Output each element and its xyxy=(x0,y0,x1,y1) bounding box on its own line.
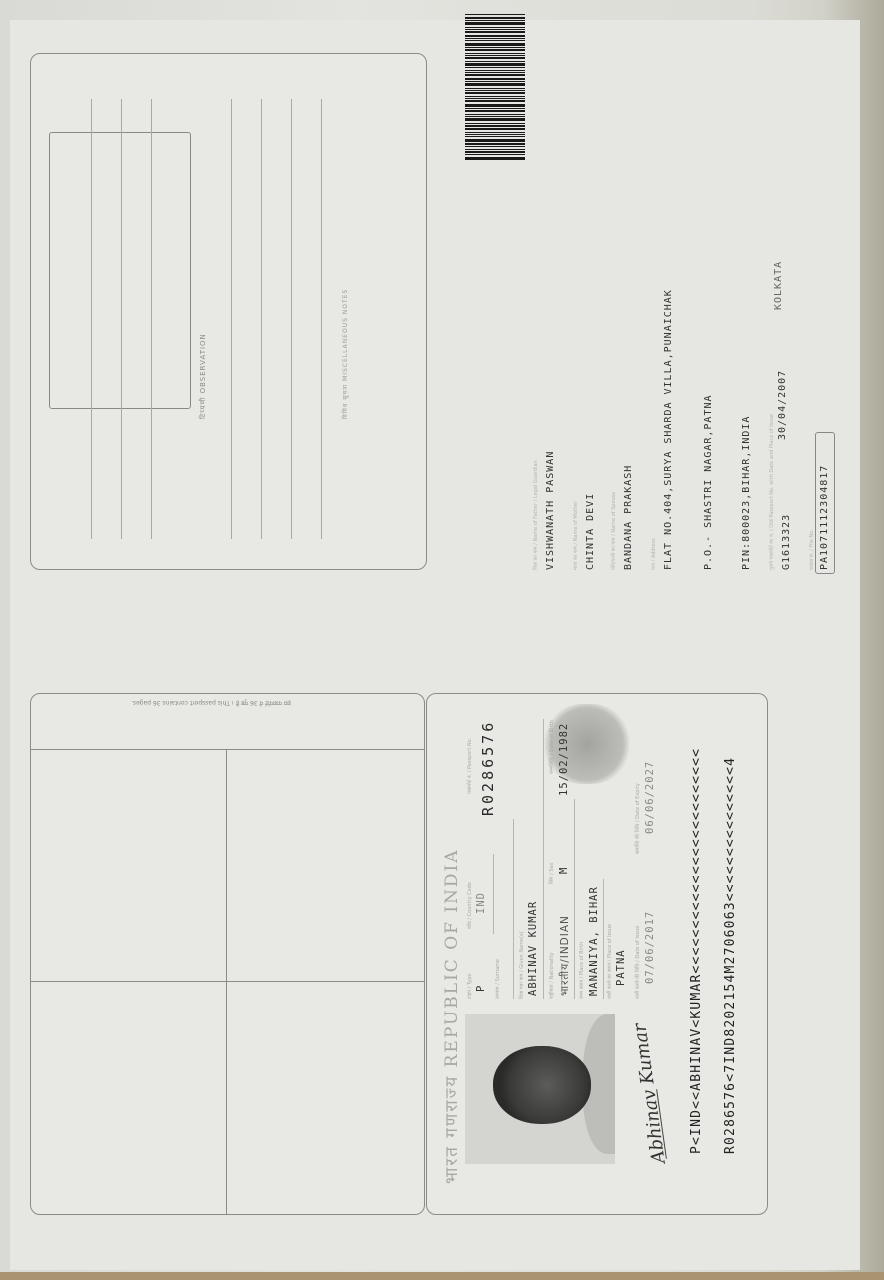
barcode-bar xyxy=(465,83,525,86)
barcode-bar xyxy=(465,67,525,68)
barcode-bar xyxy=(465,146,525,147)
barcode-bar xyxy=(465,108,525,109)
nationality: भारतीय/INDIAN xyxy=(558,915,572,996)
barcode-bar xyxy=(465,104,525,107)
barcode-bar xyxy=(465,74,525,76)
father-name: VISHWANATH PASWAN xyxy=(545,451,556,570)
page-footer-band: इस पासपोर्ट में 36 पृष्ठ हैं । This pass… xyxy=(31,694,424,750)
spouse-name: BANDANA PRAKASH xyxy=(623,465,634,570)
sex: M xyxy=(558,867,570,874)
barcode-bar xyxy=(465,31,525,33)
place-of-birth: MANANIYA, BIHAR xyxy=(588,886,600,996)
barcode-bar xyxy=(465,57,525,59)
barcode-bar xyxy=(465,116,525,117)
barcode-bar xyxy=(465,154,525,155)
barcode-bar xyxy=(465,72,525,73)
date-of-issue: 07/06/2017 xyxy=(644,911,656,984)
mother-name: CHINTA DEVI xyxy=(585,493,596,570)
barcode-bar xyxy=(465,151,525,153)
barcode-bar xyxy=(465,43,525,46)
photo-face xyxy=(493,1046,591,1124)
observation-title: टिप्पणी OBSERVATION xyxy=(199,333,208,419)
place-of-issue: PATNA xyxy=(615,949,627,986)
observation-page: टिप्पणी OBSERVATION विविध सूचना MISCELLA… xyxy=(30,53,427,570)
address-page: पिता का नाम / Name of Father / Legal Gua… xyxy=(425,10,825,570)
barcode-bar xyxy=(465,157,525,160)
barcode-bar xyxy=(465,55,525,56)
barcode-bar xyxy=(465,134,525,135)
address-line-1: FLAT NO.404,SURYA SHARDA VILLA,PUNAICHAK xyxy=(663,289,674,570)
ghost-photo xyxy=(542,704,632,784)
mrz-line-1: P<IND<<ABHINAV<KUMAR<<<<<<<<<<<<<<<<<<<<… xyxy=(689,748,704,1154)
barcode-bar xyxy=(465,92,525,94)
barcode-bar xyxy=(465,98,525,99)
barcode-bar xyxy=(465,128,525,130)
barcode-bar xyxy=(465,22,525,25)
table-surface xyxy=(0,1272,884,1280)
barcode-bar xyxy=(465,78,525,80)
barcode-bar xyxy=(465,81,525,82)
address-line-3: PIN:800023,BIHAR,INDIA xyxy=(741,416,752,570)
barcode-bar xyxy=(465,35,525,37)
barcode-bar xyxy=(465,38,525,39)
barcode-bar xyxy=(465,29,525,30)
barcode-bar xyxy=(465,61,525,62)
old-passport-place: KOLKATA xyxy=(773,261,784,310)
old-passport-number: G1613323 xyxy=(781,514,792,570)
barcode-bar xyxy=(465,14,525,15)
misc-notes-title: विविध सूचना MISCELLANEOUS NOTES xyxy=(341,289,349,419)
barcode-bar xyxy=(465,139,525,142)
barcode-bar xyxy=(465,70,525,71)
barcode-bar xyxy=(465,132,525,133)
barcode-bar xyxy=(465,20,525,21)
date-of-expiry: 06/06/2027 xyxy=(644,761,656,834)
country-code: IND xyxy=(475,892,487,914)
barcode-bar xyxy=(465,88,525,89)
date-of-birth: 15/02/1982 xyxy=(558,723,570,796)
passport-data-page: भारत गणराज्य REPUBLIC OF INDIA टाइप / Ty… xyxy=(426,693,768,1215)
barcode-bar xyxy=(465,149,525,150)
barcode-bar xyxy=(465,90,525,91)
barcode-bar xyxy=(465,110,525,112)
barcode-bar xyxy=(465,118,525,121)
barcode-bar xyxy=(465,100,525,102)
visa-page: इस पासपोर्ट में 36 पृष्ठ हैं । This pass… xyxy=(30,693,425,1215)
visa-box-divider xyxy=(31,981,424,982)
holder-photo xyxy=(465,1014,615,1164)
mrz-line-2: R0286576<7IND8202154M2706063<<<<<<<<<<<<… xyxy=(723,757,738,1154)
barcode-bar xyxy=(465,136,525,137)
barcode-bar xyxy=(465,125,525,127)
barcode-bar xyxy=(465,47,525,48)
barcode-bar xyxy=(465,27,525,28)
passport-type: P xyxy=(475,985,487,992)
old-passport-date: 30/04/2007 xyxy=(777,370,788,440)
barcode-bar xyxy=(465,114,525,115)
passport-number: R0286576 xyxy=(479,720,497,816)
visa-box-divider xyxy=(226,749,227,1214)
barcode-bar xyxy=(465,49,525,51)
barcode-bar xyxy=(465,143,525,145)
photocopy-sheet: इस पासपोर्ट में 36 पृष्ठ हैं । This pass… xyxy=(10,20,860,1270)
address-line-2: P.O.- SHASTRI NAGAR,PATNA xyxy=(703,394,714,570)
rotated-document: इस पासपोर्ट में 36 पृष्ठ हैं । This pass… xyxy=(0,0,884,1280)
file-number: PA1071112304817 xyxy=(819,465,830,570)
barcode-bar xyxy=(465,96,525,97)
barcode-bar xyxy=(465,123,525,124)
pages-count-note: इस पासपोर्ट में 36 पृष्ठ हैं । This pass… xyxy=(131,698,291,706)
given-names: ABHINAV KUMAR xyxy=(527,901,539,996)
barcode-bar xyxy=(465,17,525,19)
observation-box xyxy=(49,132,191,409)
barcode-bar xyxy=(465,40,525,41)
barcode-bar xyxy=(465,63,525,66)
barcode xyxy=(465,0,525,160)
country-title: भारत गणराज्य REPUBLIC OF INDIA xyxy=(439,848,462,1184)
barcode-bar xyxy=(465,53,525,54)
